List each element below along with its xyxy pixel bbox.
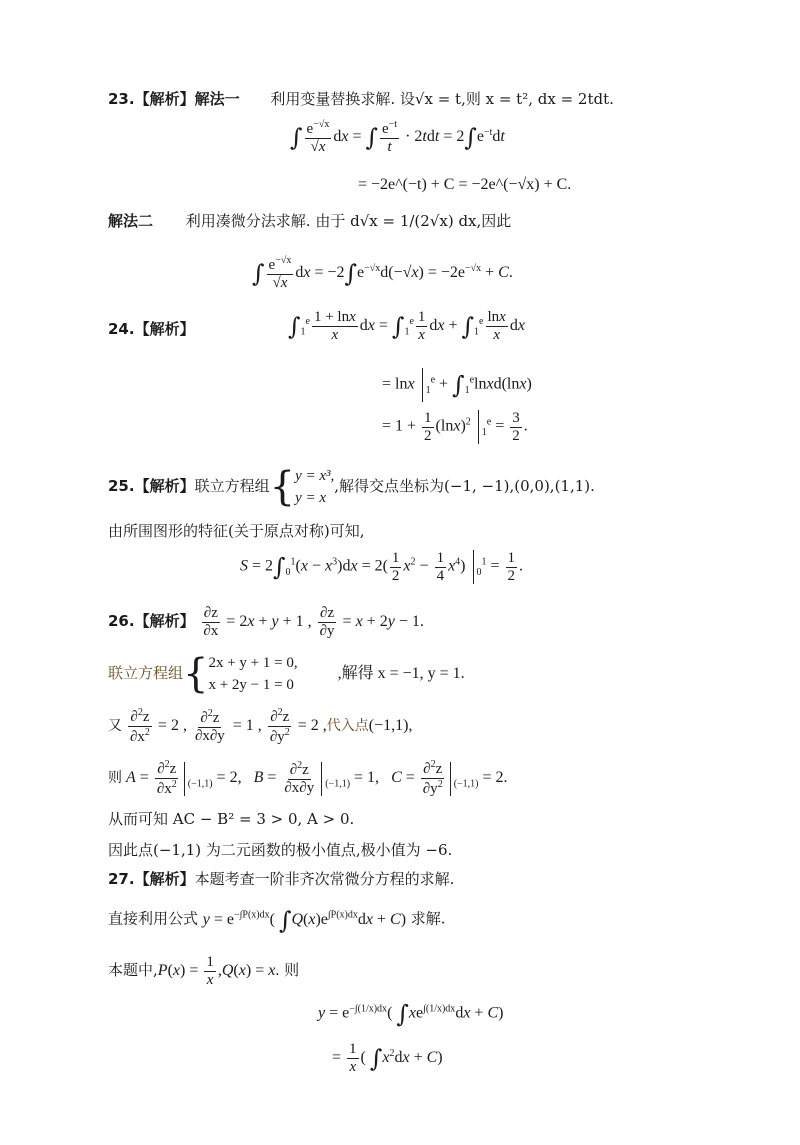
method-label: 解法一	[195, 90, 240, 108]
equation: ∫1e1 + lnxxdx = ∫1e1xdx + ∫1elnxxdx	[288, 310, 525, 343]
method-text: 利用凑微分法求解. 由于 d√x = 1/(2√x) dx,因此	[186, 212, 512, 230]
text-line: 因此点(−1,1) 为二元函数的极小值点,极小值为 −6.	[108, 843, 452, 858]
problem-25-header: 25.【解析】联立方程组{y = x³,y = x,解得交点坐标为(−1, −1…	[108, 465, 595, 509]
analysis-tag: 【解析】	[135, 870, 195, 888]
equation: y = e−∫(1/x)dx( ∫xe∫(1/x)dxdx + C)	[318, 1002, 503, 1026]
result-text: ,解得交点坐标为(−1, −1),(0,0),(1,1).	[334, 477, 595, 495]
intro-text: 联立方程组	[195, 477, 270, 495]
analysis-tag: 【解析】	[135, 90, 195, 108]
equation-system: 2x + y + 1 = 0,x + 2y − 1 = 0	[208, 652, 297, 696]
abc-values: 则 A = ∂2z∂x2(−1,1) = 2, B = ∂2z∂x∂y(−1,1…	[108, 760, 508, 797]
problem-27-header: 27.【解析】本题考查一阶非齐次常微分方程的求解.	[108, 872, 454, 887]
problem-number: 25.	[108, 477, 135, 495]
equation: = −2e^(−t) + C = −2e^(−√x) + C.	[358, 177, 571, 193]
equation: ∫e−√x√xdx = ∫e−tt · 2tdt = 2∫e−tdt	[290, 120, 505, 155]
problem-number: 24.	[108, 320, 135, 338]
equation: = 1x( ∫x2dx + C)	[332, 1042, 443, 1075]
analysis-tag: 【解析】	[135, 477, 195, 495]
equation: S = 2∫01(x − x3)dx = 2(12x2 − 14x4) 01 =…	[240, 550, 523, 584]
method-2-line: 解法二 利用凑微分法求解. 由于 d√x = 1/(2√x) dx,因此	[108, 214, 511, 229]
problem-23-header: 23.【解析】解法一 利用变量替换求解. 设√x = t,则 x = t², d…	[108, 92, 614, 107]
given-line: 本题中,P(x) = 1x,Q(x) = x. 则	[108, 955, 299, 988]
system-line: 联立方程组{2x + y + 1 = 0,x + 2y − 1 = 0,解得 x…	[108, 652, 465, 696]
method-label: 解法二	[108, 212, 153, 230]
intro-text: 本题考查一阶非齐次常微分方程的求解.	[195, 870, 455, 888]
problem-24-header: 24.【解析】	[108, 322, 195, 337]
problem-number: 23.	[108, 90, 135, 108]
text-line: 由所围图形的特征(关于原点对称)可知,	[108, 524, 364, 539]
analysis-tag: 【解析】	[135, 612, 195, 630]
problem-number: 27.	[108, 870, 135, 888]
equation: = 1 + 12(lnx)2 1e = 32.	[382, 410, 528, 444]
problem-number: 26.	[108, 612, 135, 630]
equation: ∫e−√x√xdx = −2∫e−√xd(−√x) = −2e−√x + C.	[252, 256, 513, 291]
second-derivatives: 又 ∂2z∂x2 = 2 , ∂2z∂x∂y = 1 , ∂2z∂y2 = 2 …	[108, 708, 412, 745]
equation: = lnx 1e + ∫1elnxd(lnx)	[382, 368, 532, 402]
method-text: 利用变量替换求解. 设√x = t,则 x = t², dx = 2tdt.	[270, 90, 614, 108]
text-line: 从而可知 AC − B² = 3 > 0, A > 0.	[108, 812, 354, 827]
problem-26-header: 26.【解析】 ∂z∂x = 2x + y + 1 , ∂z∂y = x + 2…	[108, 606, 424, 639]
analysis-tag: 【解析】	[135, 320, 195, 338]
formula-line: 直接利用公式 y = e−∫P(x)dx( ∫Q(x)e∫P(x)dxdx + …	[108, 908, 446, 932]
equation-system: y = x³,y = x	[295, 465, 334, 509]
